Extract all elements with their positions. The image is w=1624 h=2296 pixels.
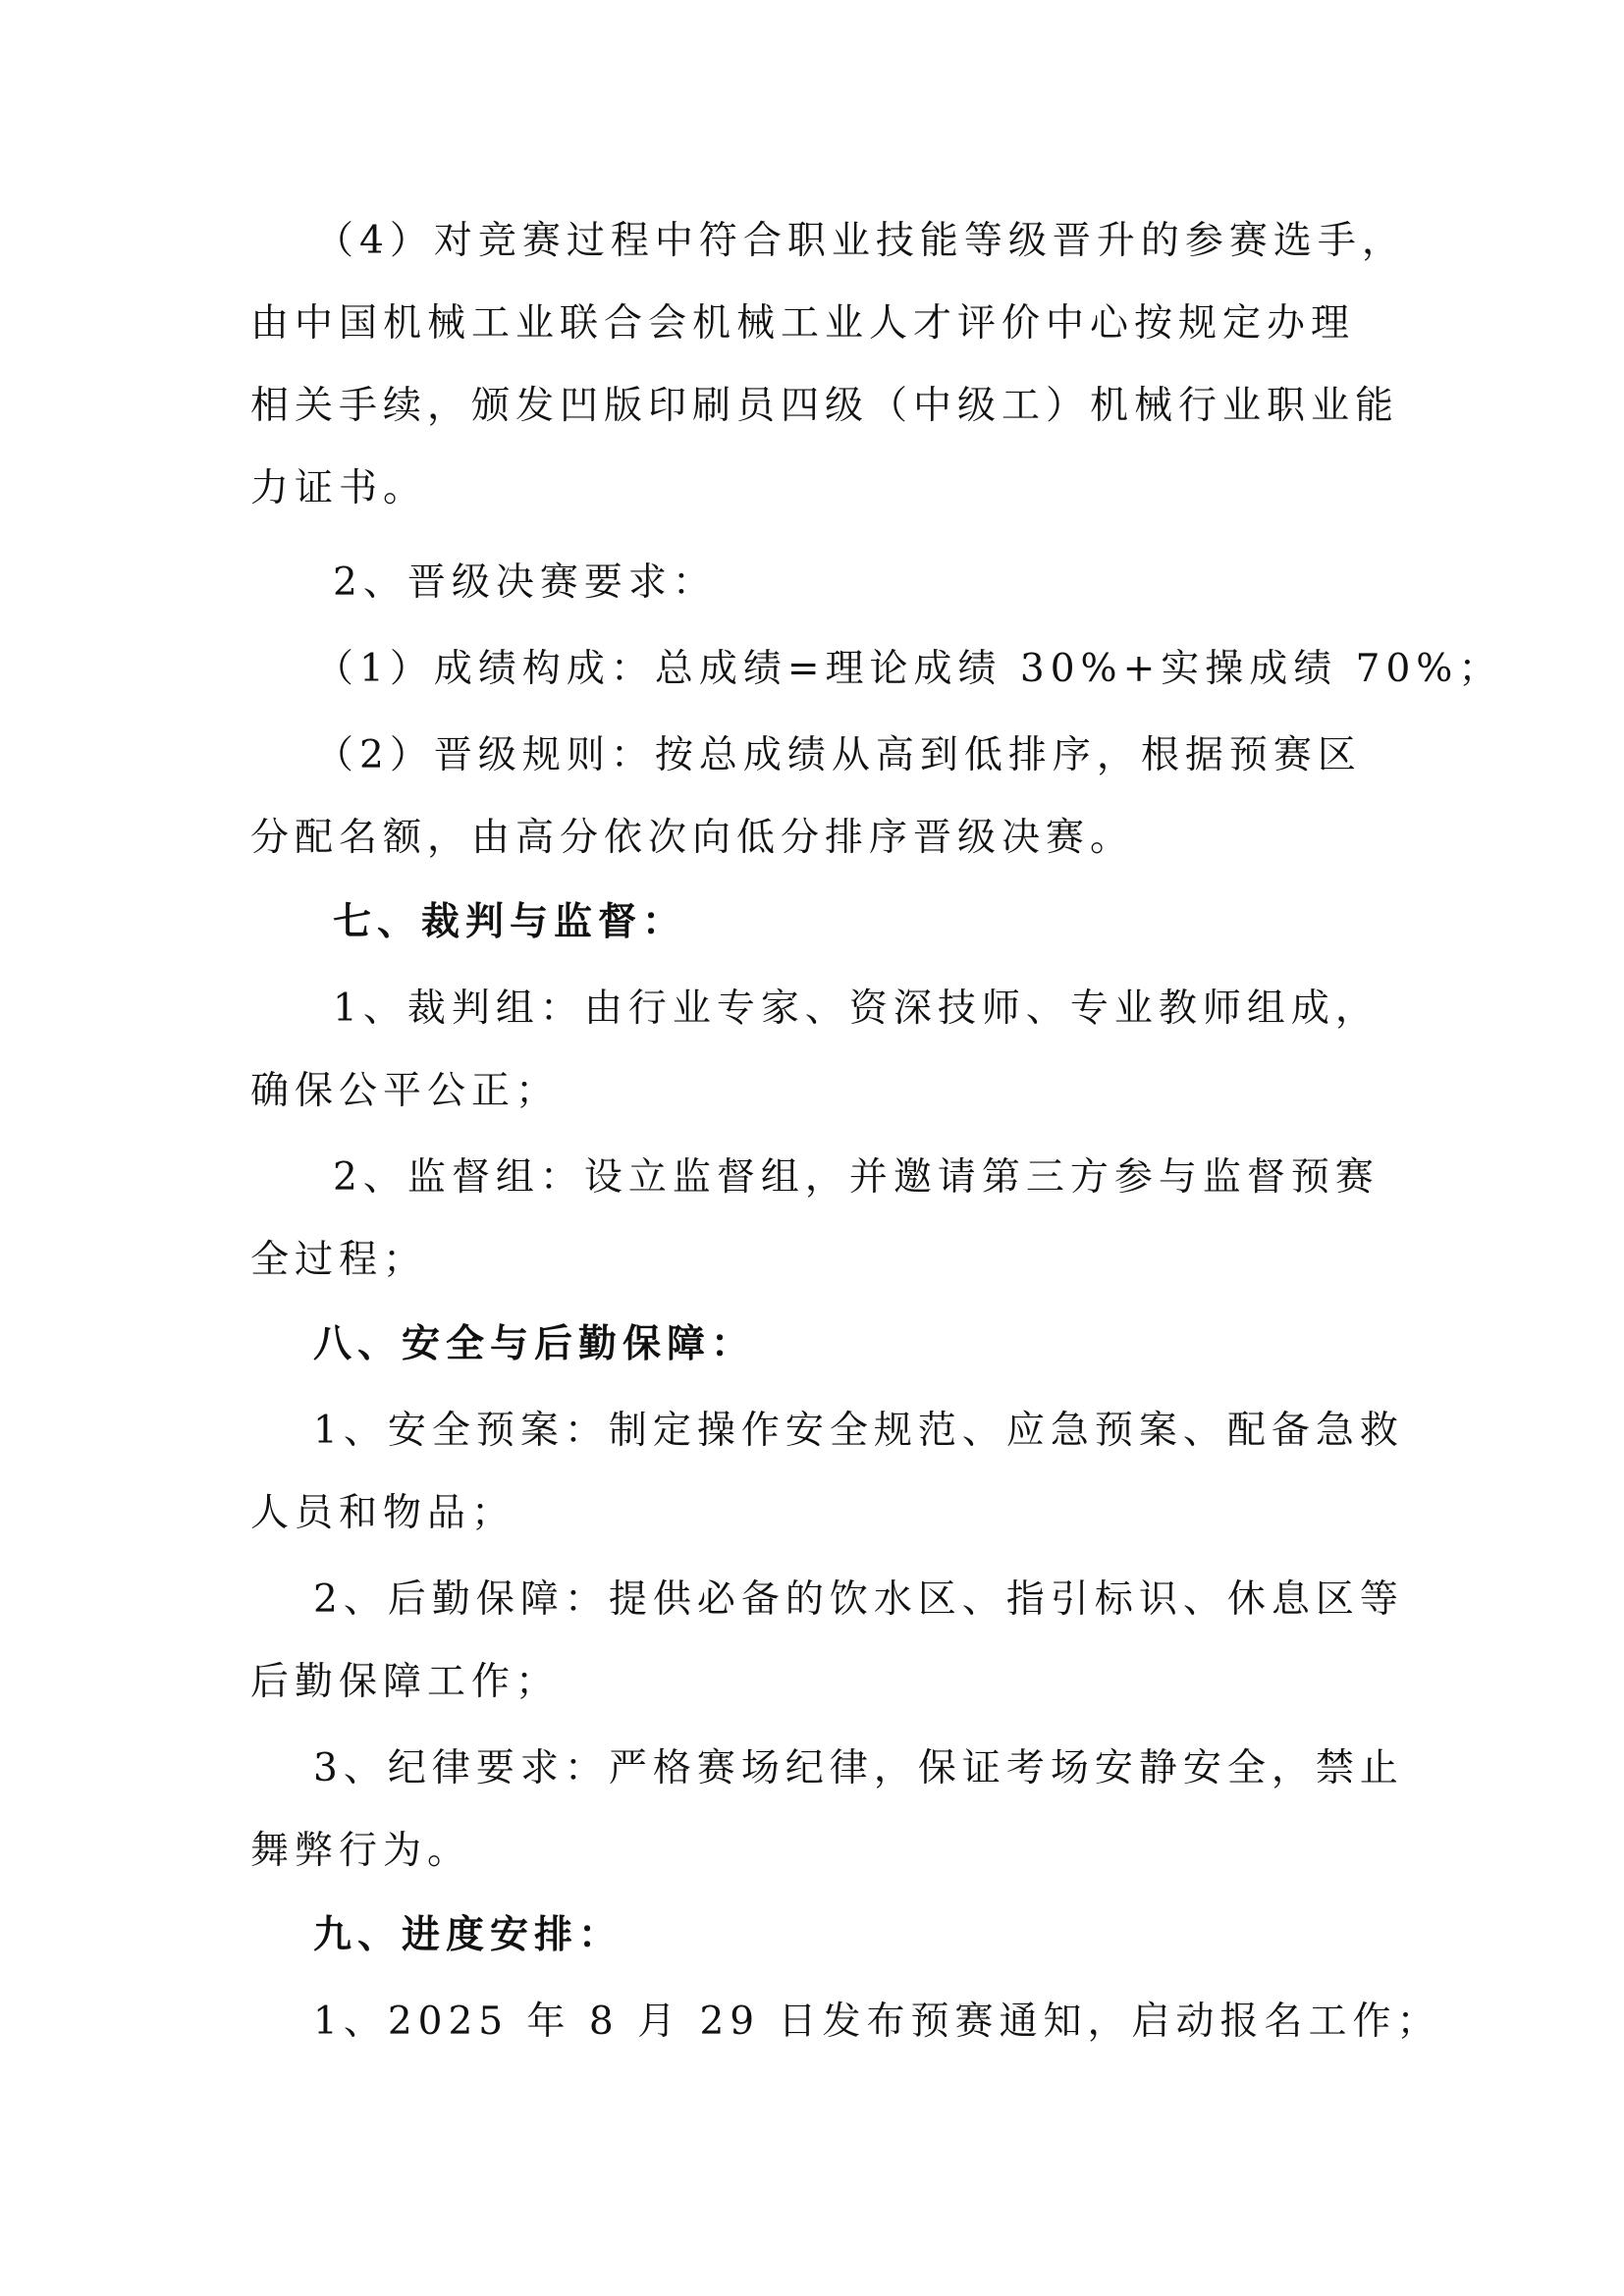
paragraph-line: （2）晋级规则：按总成绩从高到低排序，根据预赛区 bbox=[315, 732, 1362, 779]
subsection-title: 2、晋级决赛要求： bbox=[333, 560, 717, 607]
paragraph-line: 1、裁判组：由行业专家、资深技师、专业教师组成， bbox=[333, 986, 1380, 1033]
section-heading: 八、安全与后勤保障： bbox=[313, 1321, 755, 1368]
paragraph-line: 由中国机械工业联合会机械工业人才评价中心按规定办理 bbox=[250, 300, 1355, 347]
paragraph-line: 相关手续，颁发凹版印刷员四级（中级工）机械行业职业能 bbox=[250, 383, 1399, 430]
paragraph-line: 1、2025 年 8 月 29 日发布预赛通知，启动报名工作； bbox=[313, 1999, 1441, 2046]
paragraph-line: 舞弊行为。 bbox=[250, 1828, 471, 1875]
section-heading: 七、裁判与监督： bbox=[333, 899, 686, 946]
paragraph-line: 人员和物品； bbox=[250, 1490, 515, 1537]
paragraph-line: 3、纪律要求：严格赛场纪律，保证考场安静安全，禁止 bbox=[313, 1745, 1404, 1792]
paragraph-line: 确保公平公正； bbox=[250, 1068, 560, 1115]
section-heading: 九、进度安排： bbox=[313, 1912, 623, 1959]
paragraph-line: （1）成绩构成：总成绩=理论成绩 30%+实操成绩 70%； bbox=[315, 646, 1502, 693]
paragraph-line: （4）对竞赛过程中符合职业技能等级晋升的参赛选手， bbox=[315, 218, 1406, 265]
paragraph-line: 后勤保障工作； bbox=[250, 1659, 560, 1706]
paragraph-line: 2、后勤保障：提供必备的饮水区、指引标识、休息区等 bbox=[313, 1576, 1404, 1624]
paragraph-line: 2、监督组：设立监督组，并邀请第三方参与监督预赛 bbox=[333, 1154, 1380, 1201]
paragraph-line: 全过程； bbox=[250, 1237, 427, 1284]
paragraph-line: 1、安全预案：制定操作安全规范、应急预案、配备急救 bbox=[313, 1408, 1404, 1455]
paragraph-line: 分配名额，由高分依次向低分排序晋级决赛。 bbox=[250, 815, 1134, 862]
paragraph-line: 力证书。 bbox=[250, 465, 427, 512]
